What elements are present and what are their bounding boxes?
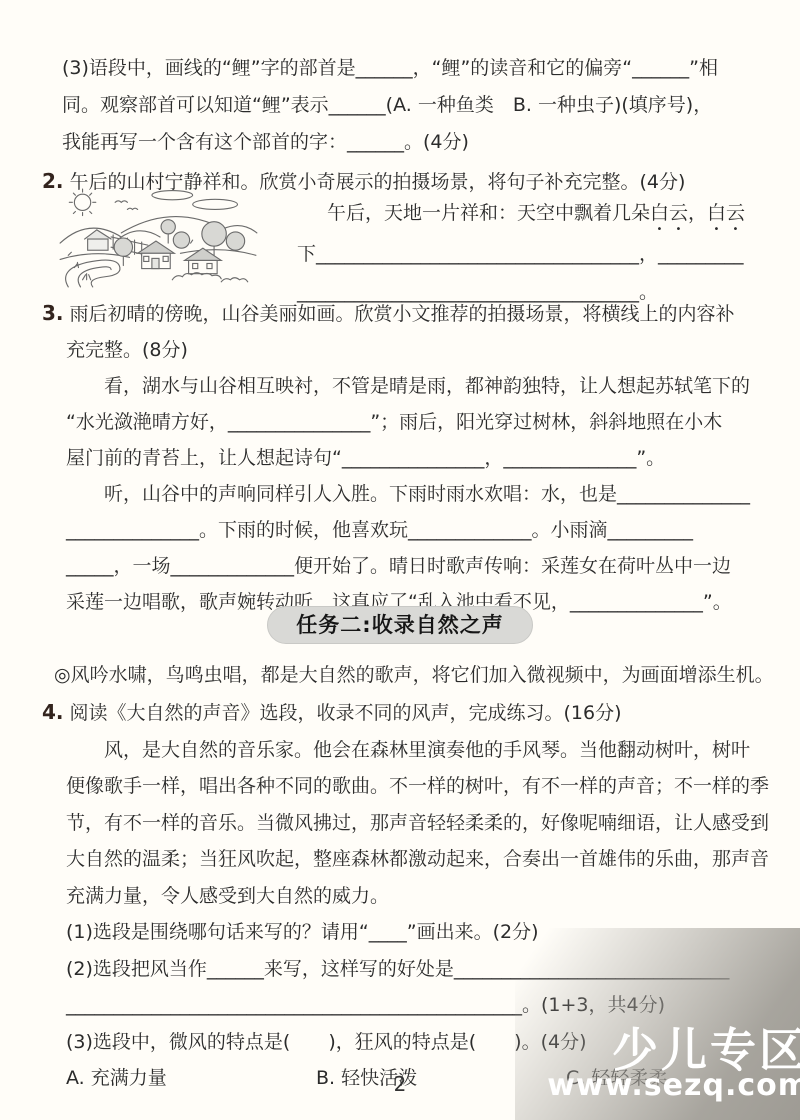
question-3-number: 3. [42, 301, 70, 325]
question-2-answer-area: 午后，天地一片祥和：天空中飘着几朵白云，白云 下________________… [297, 194, 767, 311]
task-intro-line: ◎风吟水啸，鸟鸣虫唱，都是大自然的歌声，将它们加入微视频中，为画面增添生机。 [54, 658, 764, 692]
watermark-corner: 少儿专区 www.sezq.com [515, 928, 800, 1120]
question-4-number: 4. [42, 700, 70, 724]
question-3-para1-line3: 屋门前的青苔上，让人想起诗句“_______________，_________… [42, 440, 762, 476]
bird-icon [127, 208, 137, 209]
emphasized-word: 白云 [650, 202, 688, 224]
task-banner-row: 任务二:收录自然之声 [0, 606, 800, 644]
bird-icon [115, 201, 127, 203]
question-4-passage-line1: 风，是大自然的音乐家。他会在森林里演奏他的手风琴。当他翻动树叶，树叶 [42, 732, 762, 769]
cloud-icon [152, 191, 193, 200]
question-4-heading: 4.阅读《大自然的声音》选段，收录不同的风声，完成练习。(16分) [42, 694, 762, 732]
question-2-sentence-line1: 午后，天地一片祥和：天空中飘着几朵白云，白云 [297, 194, 767, 235]
question-4-passage-line2: 便像歌手一样，唱出各种不同的歌曲。不一样的树叶，有不一样的声音；不一样的季 [42, 768, 762, 805]
watermark-url: www.sezq.com [547, 1068, 800, 1103]
question-1-part3-line3: 我能再写一个含有这个部首的字：______。(4分) [62, 124, 762, 161]
sun-icon [69, 189, 96, 216]
worksheet-page: (3)语段中，画线的“鲤”字的部首是______，“鲤”的读音和它的偏旁“___… [0, 0, 800, 1120]
question-4-passage-line4: 大自然的温柔；当狂风吹起，整座森林都激动起来，合奏出一首雄伟的乐曲，那声音 [42, 841, 762, 878]
question-2-blank-line1: 下__________________________________，____… [297, 235, 767, 273]
question-1-part3: (3)语段中，画线的“鲤”字的部首是______，“鲤”的读音和它的偏旁“___… [62, 50, 762, 161]
question-3-heading-line2: 充完整。(8分) [42, 332, 762, 368]
cloud-icon [193, 199, 238, 209]
question-3-para1-line1: 看，湖水与山谷相互映衬，不管是晴是雨，都神韵独特，让人想起苏轼笔下的 [42, 368, 762, 404]
question-3-para2-line1: 听，山谷中的声响同样引人入胜。下雨时雨水欢唱：水，也是_____________… [42, 476, 762, 512]
question-3-para2-line2: ______________。下雨的时候，他喜欢玩_____________。小… [42, 512, 762, 548]
emphasized-word: 白云 [707, 202, 745, 224]
question-4-passage-line3: 节，有不一样的音乐。当微风拂过，那声音轻轻柔柔的，好像呢喃细语，让人感受到 [42, 805, 762, 842]
question-4-passage-line5: 充满力量，令人感受到大自然的威力。 [42, 878, 762, 915]
question-1-part3-line1: (3)语段中，画线的“鲤”字的部首是______，“鲤”的读音和它的偏旁“___… [62, 50, 762, 87]
question-3-para2-line3: _____，一场_____________便开始了。晴日时歌声传响：采莲女在荷叶… [42, 548, 762, 584]
question-3-para1-line2: “水光潋滟晴方好，_______________”；雨后，阳光穿过树林，斜斜地照… [42, 404, 762, 440]
question-1-part3-line2: 同。观察部首可以知道“鲤”表示______(A. 一种鱼类 B. 一种虫子)(填… [62, 87, 762, 124]
village-illustration [58, 186, 258, 290]
question-3-heading-line1: 3.雨后初晴的傍晚，山谷美丽如画。欣赏小文推荐的拍摄场景，将横线上的内容补 [42, 295, 762, 332]
question-3: 3.雨后初晴的傍晚，山谷美丽如画。欣赏小文推荐的拍摄场景，将横线上的内容补 充完… [42, 295, 762, 620]
task-banner: 任务二:收录自然之声 [267, 606, 532, 644]
